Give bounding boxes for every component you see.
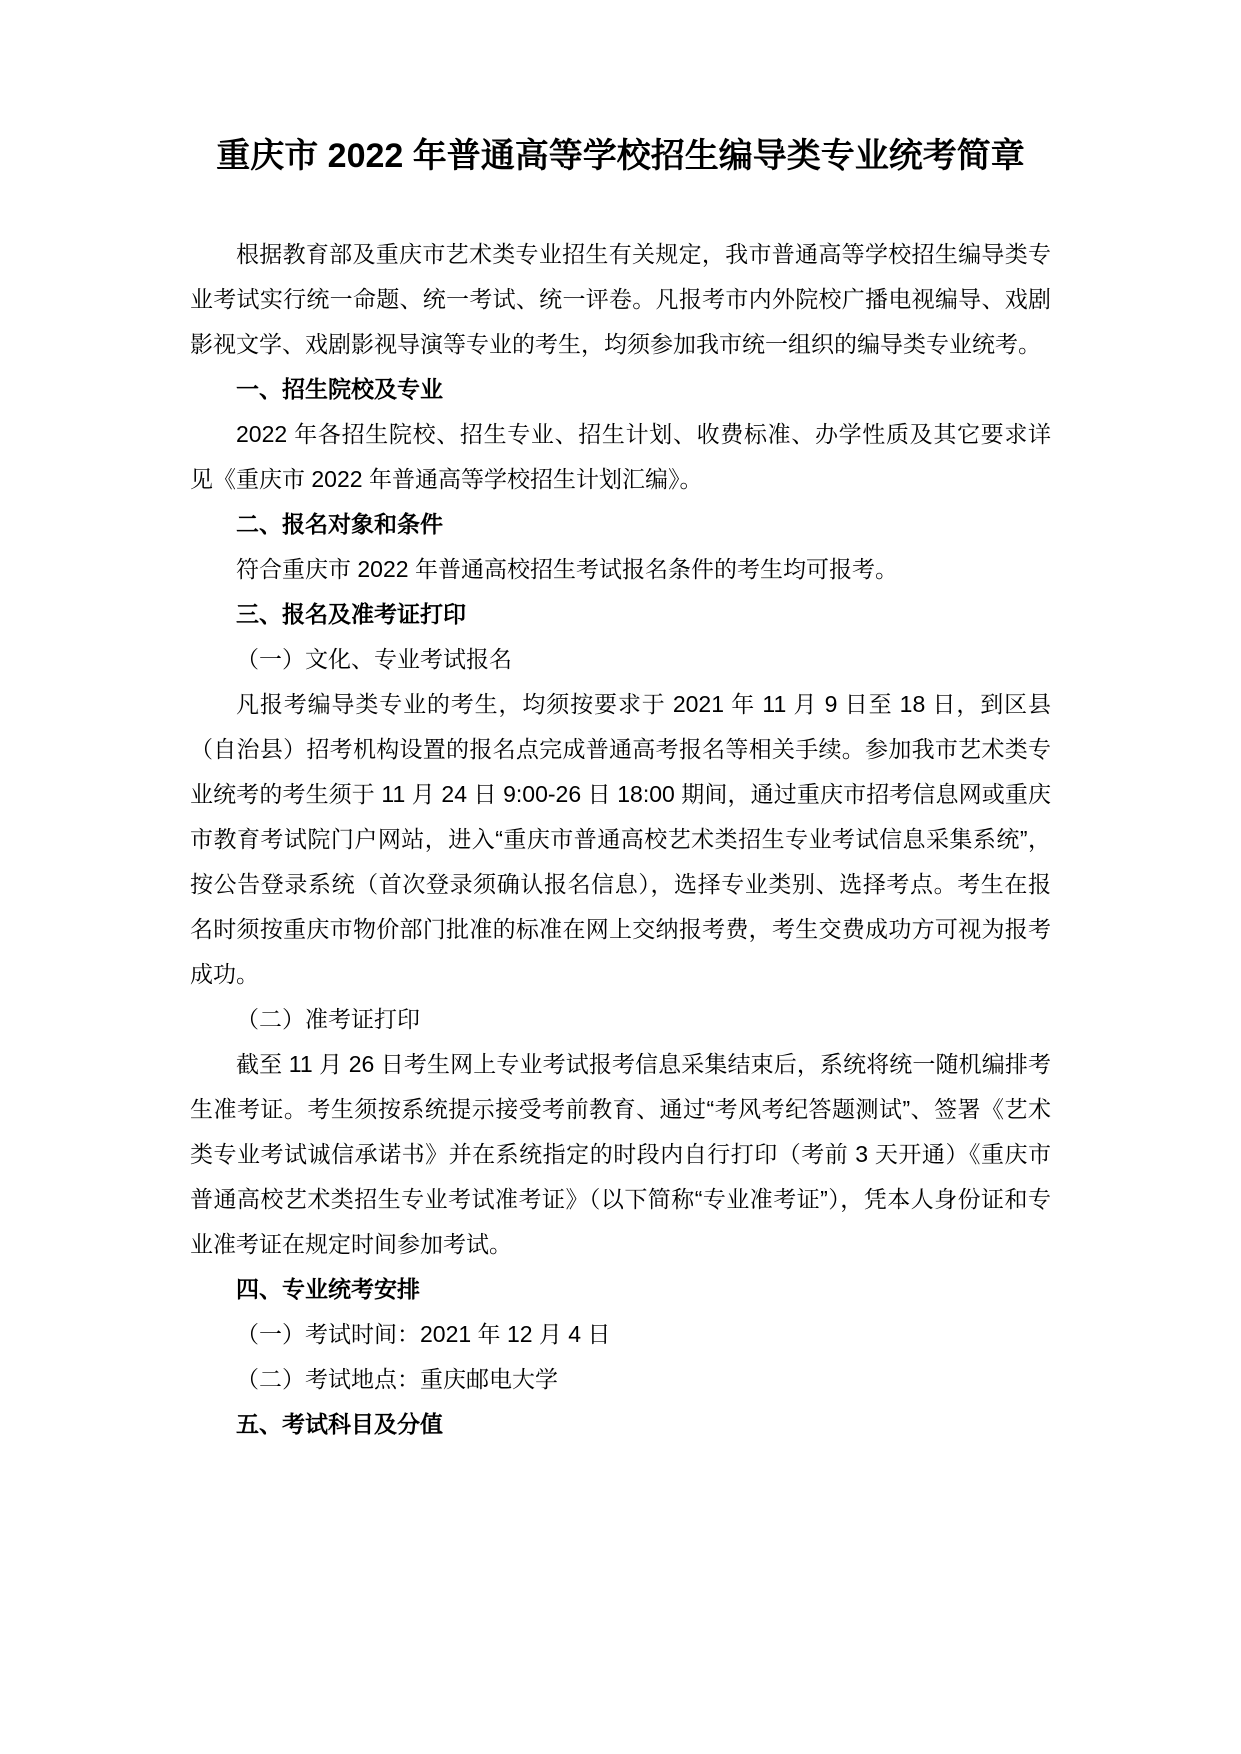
document-page: 重庆市 2022 年普通高等学校招生编导类专业统考简章 根据教育部及重庆市艺术类… <box>0 0 1241 1754</box>
section-heading-eligibility: 二、报名对象和条件 <box>190 502 1051 547</box>
subitem-exam-location: （二）考试地点：重庆邮电大学 <box>190 1357 1051 1402</box>
section-heading-enrolling-schools: 一、招生院校及专业 <box>190 367 1051 412</box>
paragraph-registration-procedure: 凡报考编导类专业的考生，均须按要求于 2021 年 11 月 9 日至 18 日… <box>190 682 1051 997</box>
page-title: 重庆市 2022 年普通高等学校招生编导类专业统考简章 <box>190 132 1051 180</box>
paragraph-eligibility: 符合重庆市 2022 年普通高校招生考试报名条件的考生均可报考。 <box>190 547 1051 592</box>
subitem-admission-ticket-printing: （二）准考证打印 <box>190 997 1051 1042</box>
subitem-culture-exam-registration: （一）文化、专业考试报名 <box>190 637 1051 682</box>
paragraph-ticket-printing-procedure: 截至 11 月 26 日考生网上专业考试报考信息采集结束后，系统将统一随机编排考… <box>190 1042 1051 1267</box>
subitem-exam-time: （一）考试时间：2021 年 12 月 4 日 <box>190 1312 1051 1357</box>
document-body: 根据教育部及重庆市艺术类专业招生有关规定，我市普通高等学校招生编导类专业考试实行… <box>190 232 1051 1447</box>
paragraph-intro: 根据教育部及重庆市艺术类专业招生有关规定，我市普通高等学校招生编导类专业考试实行… <box>190 232 1051 367</box>
paragraph-enrollment-plan: 2022 年各招生院校、招生专业、招生计划、收费标准、办学性质及其它要求详见《重… <box>190 412 1051 502</box>
section-heading-subjects-scores: 五、考试科目及分值 <box>190 1402 1051 1447</box>
section-heading-registration: 三、报名及准考证打印 <box>190 592 1051 637</box>
section-heading-exam-arrangement: 四、专业统考安排 <box>190 1267 1051 1312</box>
